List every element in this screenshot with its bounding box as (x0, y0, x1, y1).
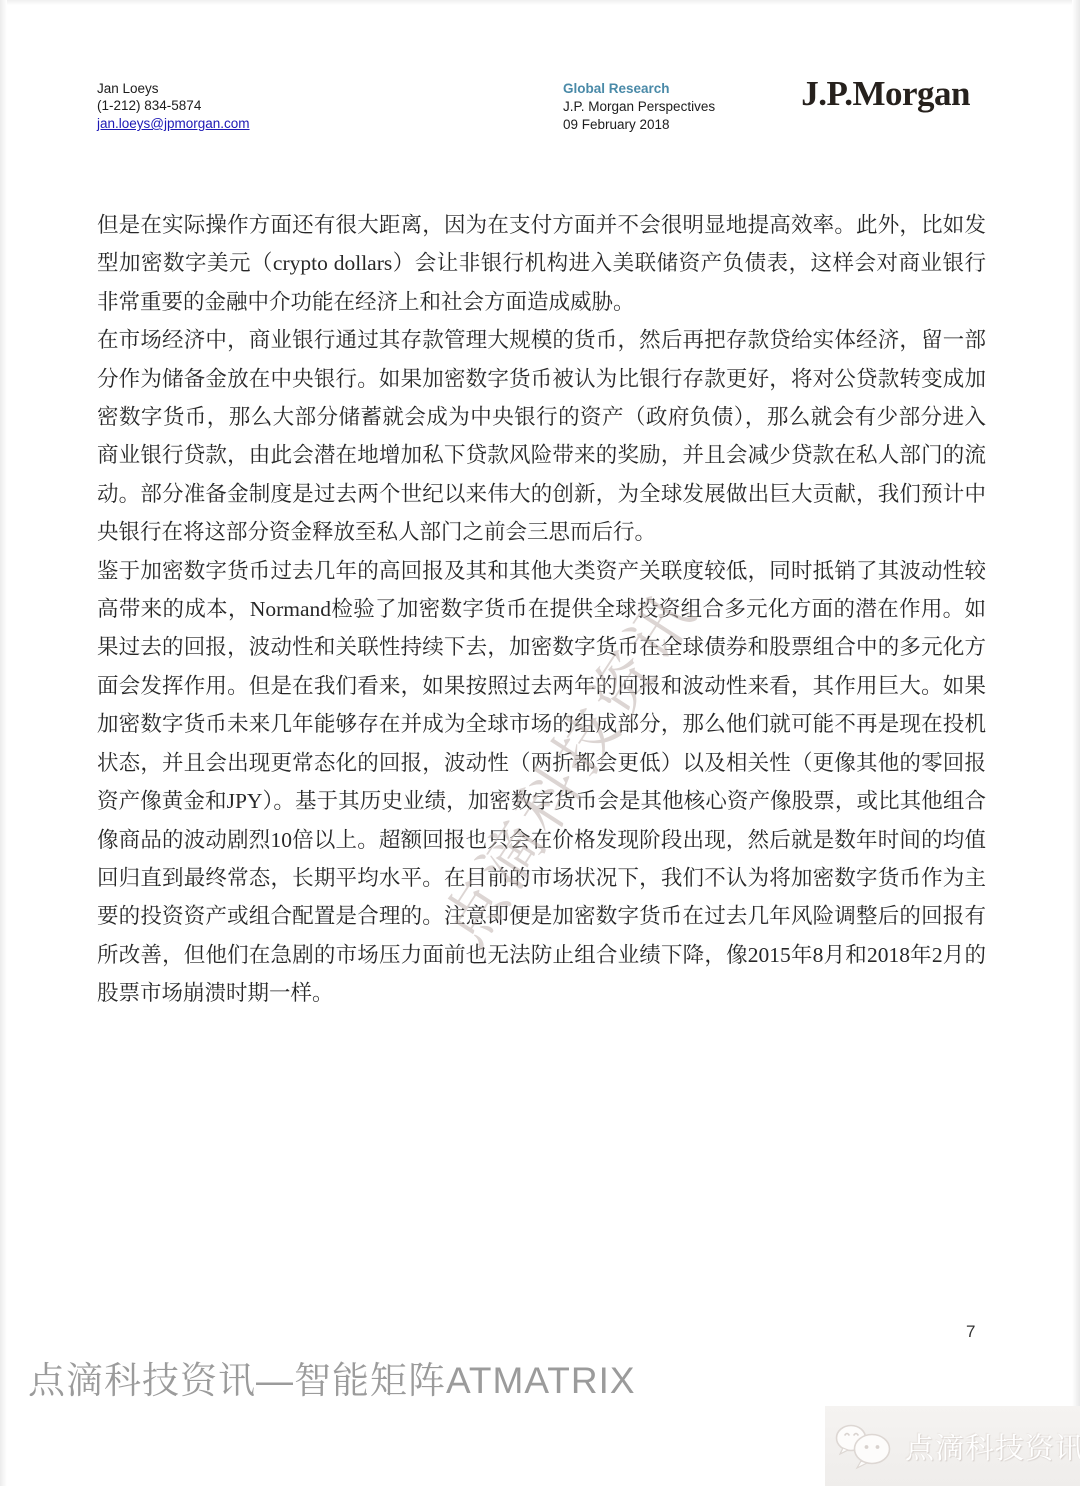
publication-block: Global Research J.P. Morgan Perspectives… (563, 80, 715, 134)
paragraph: 鉴于加密数字货币过去几年的高回报及其和其他大类资产关联度较低，同时抵销了其波动性… (97, 552, 986, 1013)
scan-edge-right (1072, 0, 1080, 1486)
author-phone: (1-212) 834-5874 (97, 97, 250, 114)
wechat-bubbles-icon (833, 1421, 895, 1471)
publication-date: 09 February 2018 (563, 116, 715, 134)
page-number: 7 (966, 1322, 975, 1342)
badge-account-name: 点滴科技资讯 (905, 1426, 1080, 1467)
publication-series: J.P. Morgan Perspectives (563, 98, 715, 116)
scan-edge-left (0, 0, 7, 1486)
scan-edge-top (0, 0, 1080, 5)
jpmorgan-logo: J.P.Morgan (801, 74, 970, 114)
author-contact-block: Jan Loeys (1-212) 834-5874 jan.loeys@jpm… (97, 80, 250, 132)
wechat-account-badge: 点滴科技资讯 (825, 1406, 1080, 1486)
publication-division: Global Research (563, 80, 715, 98)
paragraph: 在市场经济中，商业银行通过其存款管理大规模的货币，然后再把存款贷给实体经济，留一… (97, 321, 986, 551)
document-page: Jan Loeys (1-212) 834-5874 jan.loeys@jpm… (0, 0, 1080, 1486)
article-body: 但是在实际操作方面还有很大距离，因为在支付方面并不会很明显地提高效率。此外，比如… (97, 206, 986, 1013)
paragraph: 但是在实际操作方面还有很大距离，因为在支付方面并不会很明显地提高效率。此外，比如… (97, 206, 986, 321)
footer-brand-line: 点滴科技资讯—智能矩阵ATMATRIX (28, 1350, 636, 1404)
author-email-link[interactable]: jan.loeys@jpmorgan.com (97, 115, 250, 132)
author-name: Jan Loeys (97, 80, 250, 97)
